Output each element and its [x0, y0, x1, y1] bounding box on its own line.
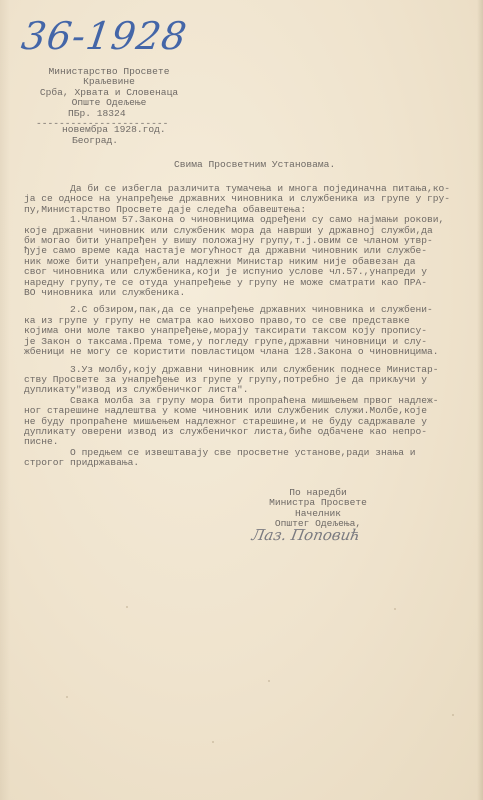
paper-edge-left — [0, 0, 10, 800]
document-city: Београд. — [72, 136, 118, 146]
body-line: дупликату оверени извод из службеничког … — [24, 427, 476, 437]
document-date: новембра 1928.год. — [62, 125, 166, 135]
handwritten-signature: Лаз. Поповић — [251, 530, 361, 540]
document-page: 36-1928 Министарство Просвете Краљевине … — [0, 0, 483, 800]
body-line: жбеници не могу се користити повластицом… — [24, 347, 476, 357]
signature-block: По наредби Министра Просвете Начелник Оп… — [258, 488, 378, 530]
paper-speck — [394, 608, 396, 610]
paper-speck — [66, 696, 68, 698]
body-line: ВО чиновника или службеника. — [24, 288, 476, 298]
document-body: Да би се избегла различита тумачења и мн… — [24, 184, 476, 469]
addressee: Свима Просветним Установама. — [174, 160, 335, 170]
body-line: строгог придржавања. — [24, 458, 476, 468]
paper-speck — [212, 741, 214, 743]
paper-speck — [452, 714, 454, 716]
paper-speck — [126, 606, 128, 608]
letterhead: Министарство Просвете Краљевине Срба, Хр… — [24, 67, 194, 129]
archive-number-handwritten: 36-1928 — [19, 14, 190, 58]
body-line: ног старешине надлештва у коме чиновник … — [24, 406, 476, 416]
paper-speck — [268, 680, 270, 682]
paper-edge-right — [477, 0, 483, 800]
